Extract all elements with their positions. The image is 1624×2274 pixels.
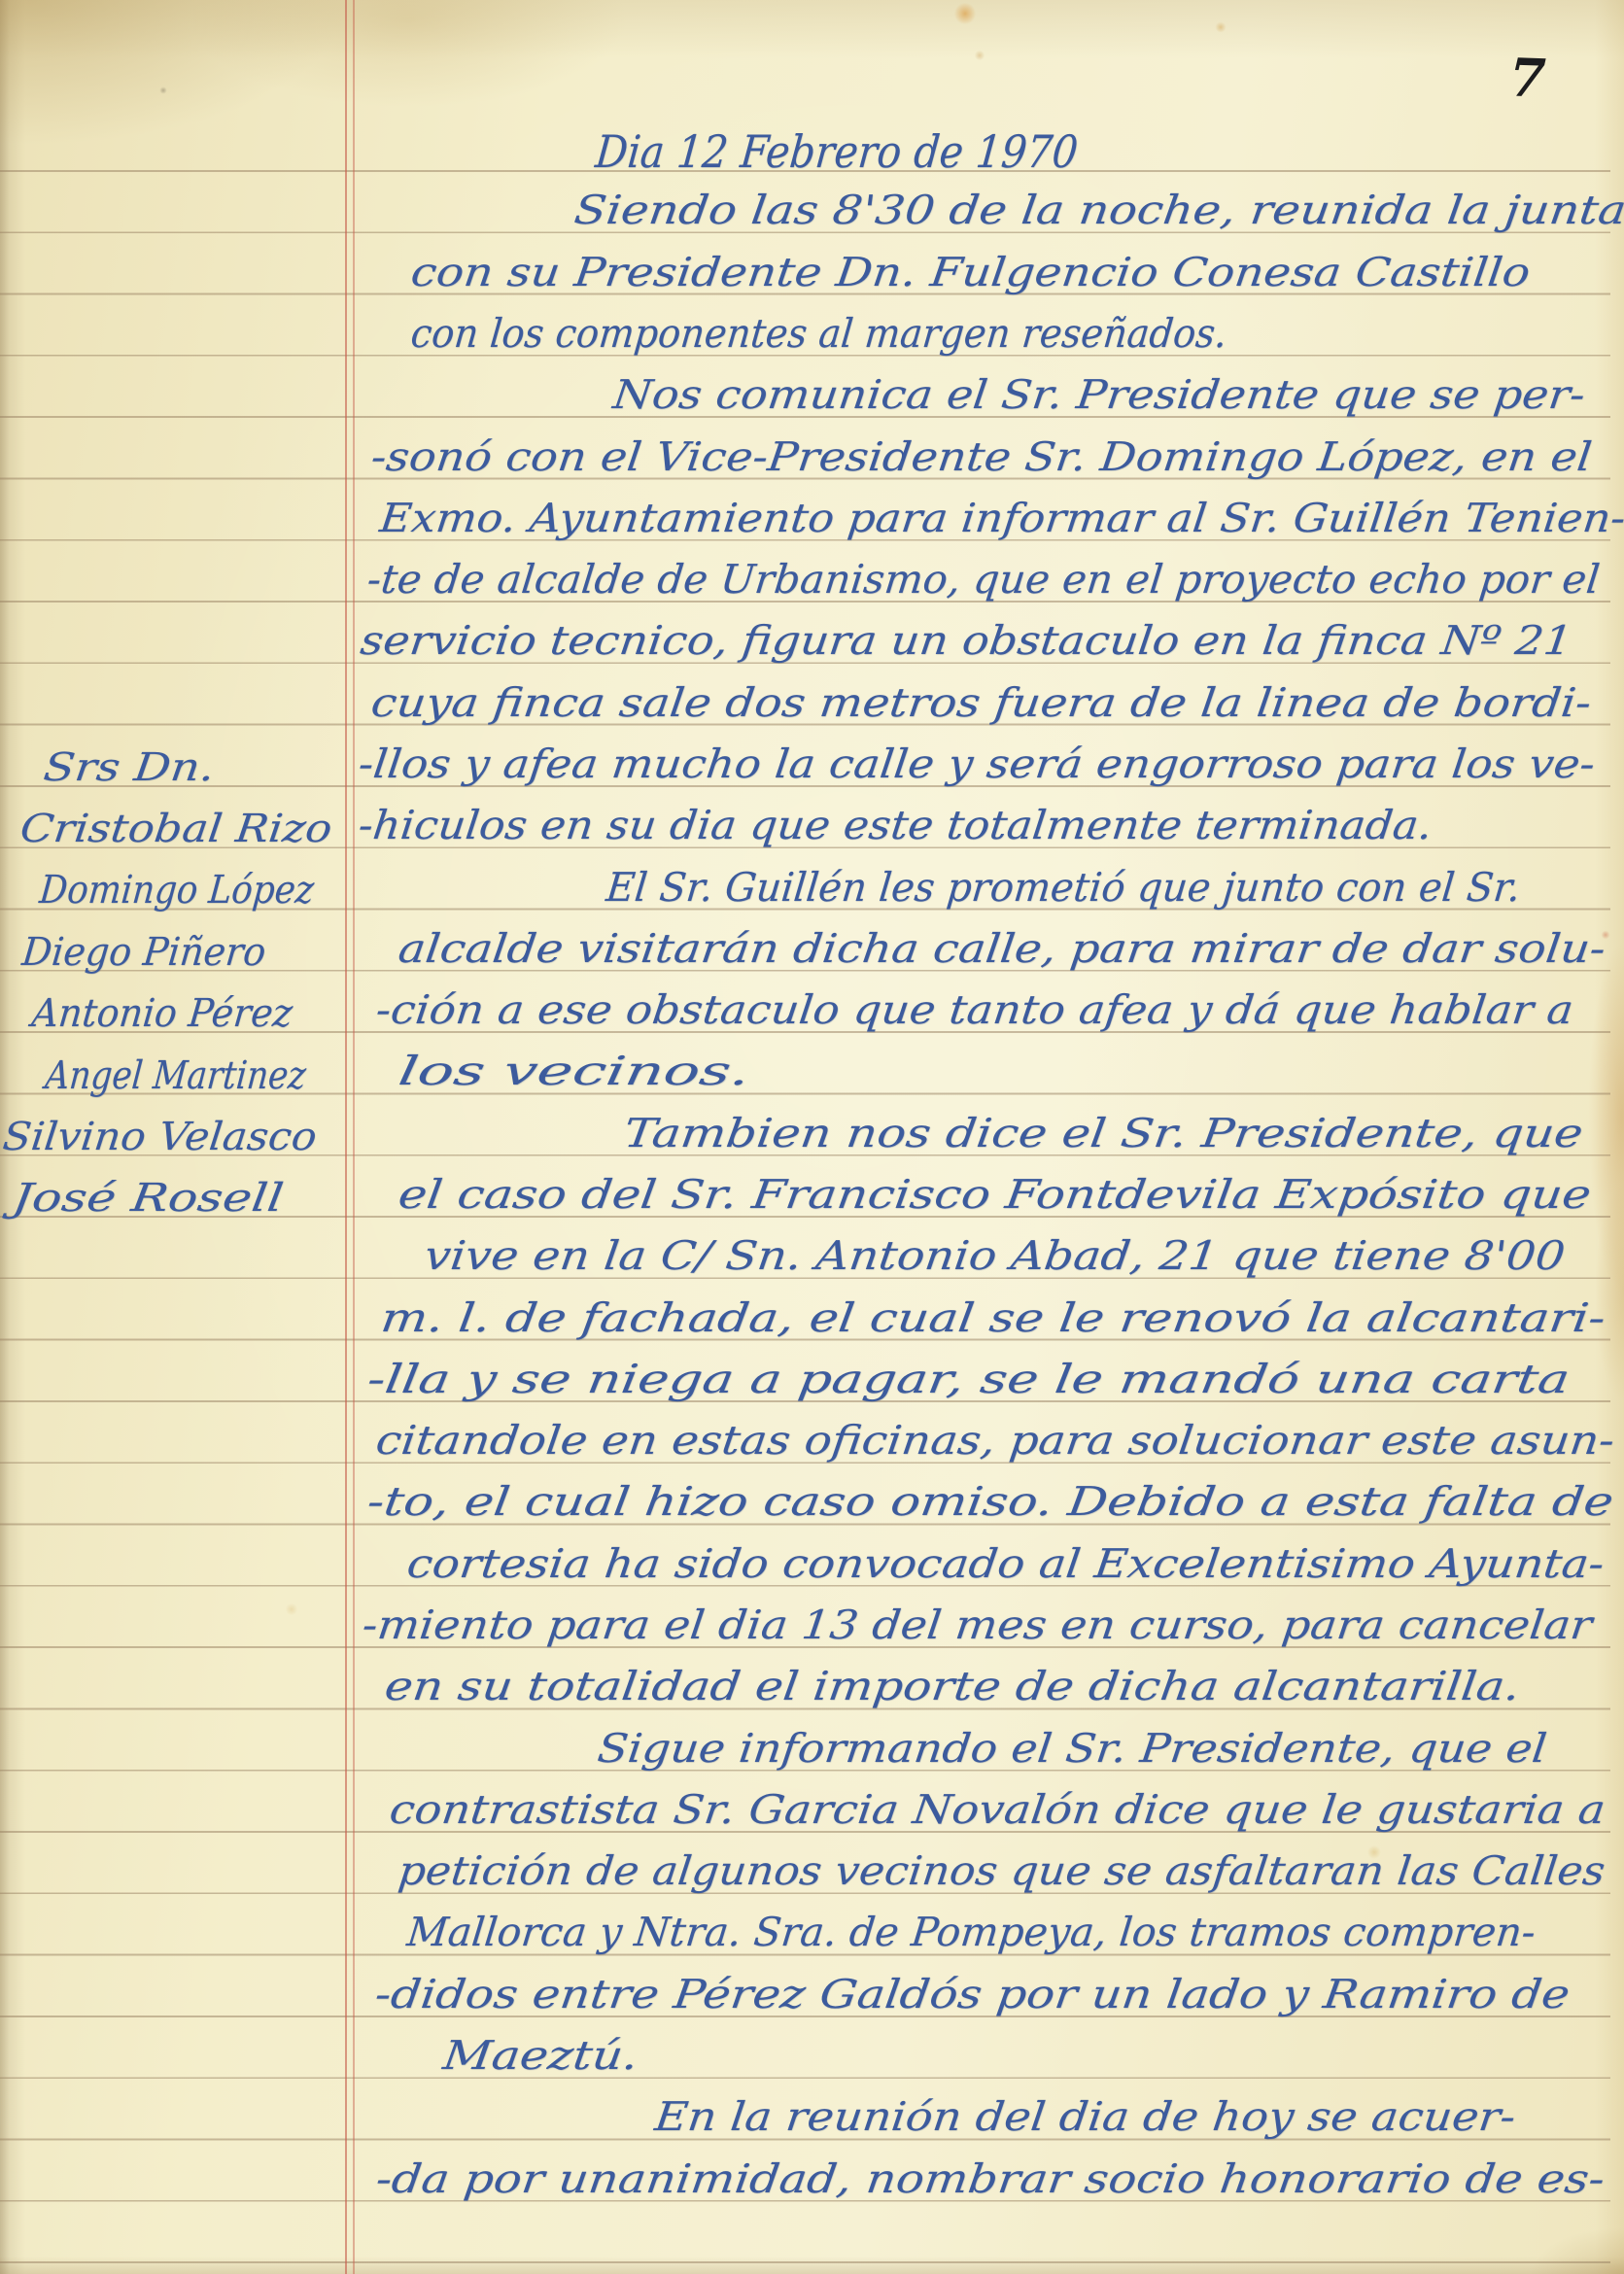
- manuscript-line: -lla y se niega a pagar, se le mandó una…: [364, 1357, 1572, 1402]
- manuscript-line: Maeztú.: [440, 2033, 640, 2079]
- manuscript-line: -miento para el dia 13 del mes en curso,…: [360, 1602, 1594, 1648]
- page-number: 7: [1508, 46, 1547, 109]
- manuscript-line: Siendo las 8'30 de la noche, reunida la …: [571, 188, 1624, 233]
- manuscript-line: -to, el cual hizo caso omiso. Debido a e…: [364, 1479, 1616, 1525]
- manuscript-line: en su totalidad el importe de dicha alca…: [382, 1664, 1522, 1709]
- attendee-name: Domingo López: [38, 868, 316, 913]
- attendee-name: Srs Dn.: [41, 745, 217, 790]
- attendee-name: Angel Martinez: [44, 1053, 308, 1098]
- manuscript-line: contrastista Sr. Garcia Novalón dice que…: [387, 1787, 1607, 1833]
- manuscript-line: -ción a ese obstaculo que tanto afea y d…: [373, 987, 1575, 1033]
- manuscript-line: los vecinos.: [396, 1049, 753, 1094]
- attendee-name: José Rosell: [10, 1176, 286, 1221]
- manuscript-line: Tambien nos dice el Sr. Presidente, que: [621, 1111, 1585, 1156]
- manuscript-line: El Sr. Guillén les prometió que junto co…: [605, 865, 1523, 911]
- manuscript-line: Exmo. Ayuntamiento para informar al Sr. …: [377, 496, 1624, 541]
- attendee-name: Diego Piñero: [20, 930, 268, 975]
- red-margin-line-secondary: [353, 0, 355, 2274]
- manuscript-line: Mallorca y Ntra. Sra. de Pompeya, los tr…: [405, 1910, 1538, 1955]
- manuscript-line: -da por unanimidad, nombrar socio honora…: [373, 2156, 1607, 2202]
- manuscript-line: con los componentes al margen reseñados.: [409, 311, 1229, 357]
- manuscript-line: cortesia ha sido convocado al Excelentis…: [404, 1541, 1607, 1587]
- manuscript-line: -didos entre Pérez Galdós por un lado y …: [372, 1972, 1572, 2017]
- manuscript-line: Nos comunica el Sr. Presidente que se pe…: [610, 372, 1587, 418]
- manuscript-line: -llos y afea mucho la calle y será engor…: [356, 741, 1597, 787]
- manuscript-line: -hiculos en su dia que este totalmente t…: [356, 803, 1434, 848]
- manuscript-line: petición de algunos vecinos que se asfal…: [396, 1848, 1607, 1894]
- manuscript-line: alcalde visitarán dicha calle, para mira…: [396, 926, 1607, 972]
- ruled-lines: [0, 170, 1610, 2274]
- manuscript-line: con su Presidente Dn. Fulgencio Conesa C…: [408, 250, 1533, 295]
- manuscript-line: citandole en estas oficinas, para soluci…: [373, 1418, 1616, 1464]
- manuscript-line: Sigue informando el Sr. Presidente, que …: [595, 1726, 1549, 1772]
- manuscript-line: -te de alcalde de Urbanismo, que en el p…: [364, 557, 1602, 603]
- manuscript-line: vive en la C/ Sn. Antonio Abad, 21 que t…: [422, 1233, 1568, 1279]
- manuscript-line: m. l. de fachada, el cual se le renovó l…: [378, 1295, 1608, 1341]
- manuscript-line: el caso del Sr. Francisco Fontdevila Exp…: [396, 1172, 1593, 1218]
- manuscript-line: -sonó con el Vice-Presidente Sr. Domingo…: [368, 434, 1594, 480]
- red-margin-line: [345, 0, 347, 2274]
- manuscript-line: servicio tecnico, figura un obstaculo en…: [358, 618, 1574, 664]
- manuscript-line: Dia 12 Febrero de 1970: [594, 126, 1081, 178]
- attendee-name: Cristobal Rizo: [17, 807, 334, 851]
- attendee-name: Silvino Velasco: [0, 1115, 319, 1159]
- manuscript-page: 7 Srs Dn.Cristobal RizoDomingo LópezDieg…: [0, 0, 1624, 2274]
- attendee-name: Antonio Pérez: [30, 991, 294, 1036]
- manuscript-line: cuya finca sale dos metros fuera de la l…: [368, 680, 1594, 726]
- manuscript-line: En la reunión del dia de hoy se acuer-: [652, 2094, 1518, 2140]
